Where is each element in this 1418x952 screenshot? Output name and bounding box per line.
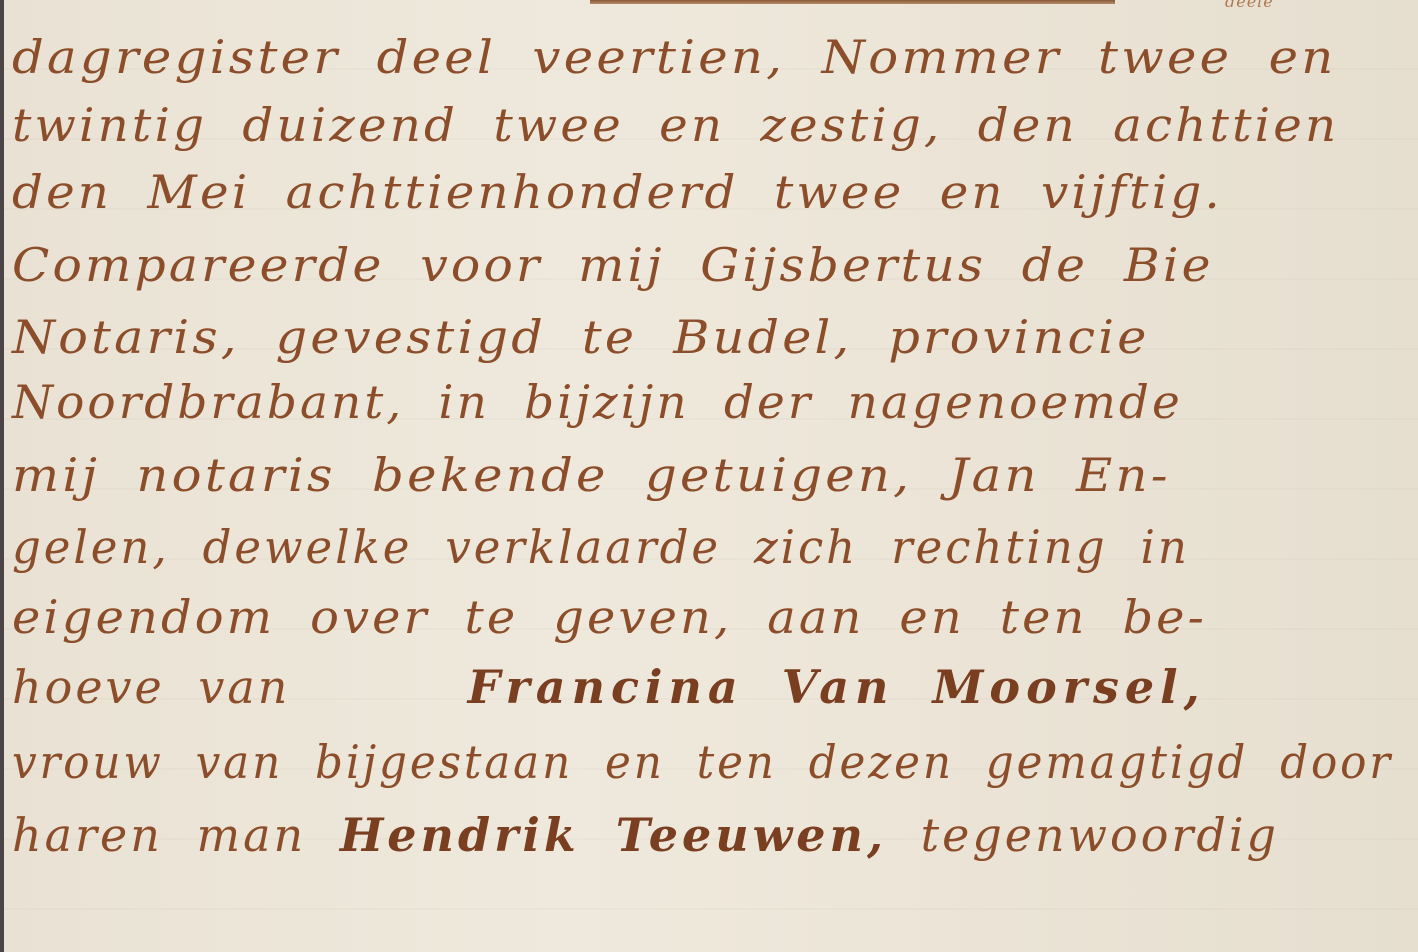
left-margin-rule xyxy=(0,0,4,952)
document-page: deele dagregister deel veertien, Nommer … xyxy=(0,0,1418,952)
text-line-12-lead: haren man xyxy=(12,808,306,862)
text-line-4: Compareerde voor mij Gijsbertus de Bie xyxy=(12,238,1214,292)
text-line-12: haren man Hendrik Teeuwen, tegenwoordig xyxy=(12,808,1279,862)
text-line-12-tail: tegenwoordig xyxy=(921,808,1279,862)
corner-note: deele xyxy=(1225,0,1274,11)
text-line-8: gelen, dewelke verklaarde zich rechting … xyxy=(12,520,1190,574)
name-francina-van-moorsel: Francina Van Moorsel, xyxy=(468,660,1206,714)
text-line-11: vrouw van bijgestaan en ten dezen gemagt… xyxy=(12,735,1393,789)
text-line-5: Notaris, gevestigd te Budel, provincie xyxy=(12,310,1150,364)
text-line-2: twintig duizend twee en zestig, den acht… xyxy=(12,98,1339,152)
text-line-6: Noordbrabant, in bijzijn der nagenoemde xyxy=(12,375,1183,429)
text-line-1: dagregister deel veertien, Nommer twee e… xyxy=(12,30,1336,84)
text-line-10: hoeve van Francina Van Moorsel, xyxy=(12,660,1206,714)
text-line-7: mij notaris bekende getuigen, Jan En- xyxy=(12,448,1171,502)
name-hendrik-teeuwen: Hendrik Teeuwen, xyxy=(340,808,887,862)
text-line-10-lead: hoeve van xyxy=(12,660,290,714)
top-ink-rule xyxy=(590,0,1115,4)
text-line-9: eigendom over te geven, aan en ten be- xyxy=(12,590,1207,644)
text-line-3: den Mei achttienhonderd twee en vijftig. xyxy=(12,165,1223,219)
